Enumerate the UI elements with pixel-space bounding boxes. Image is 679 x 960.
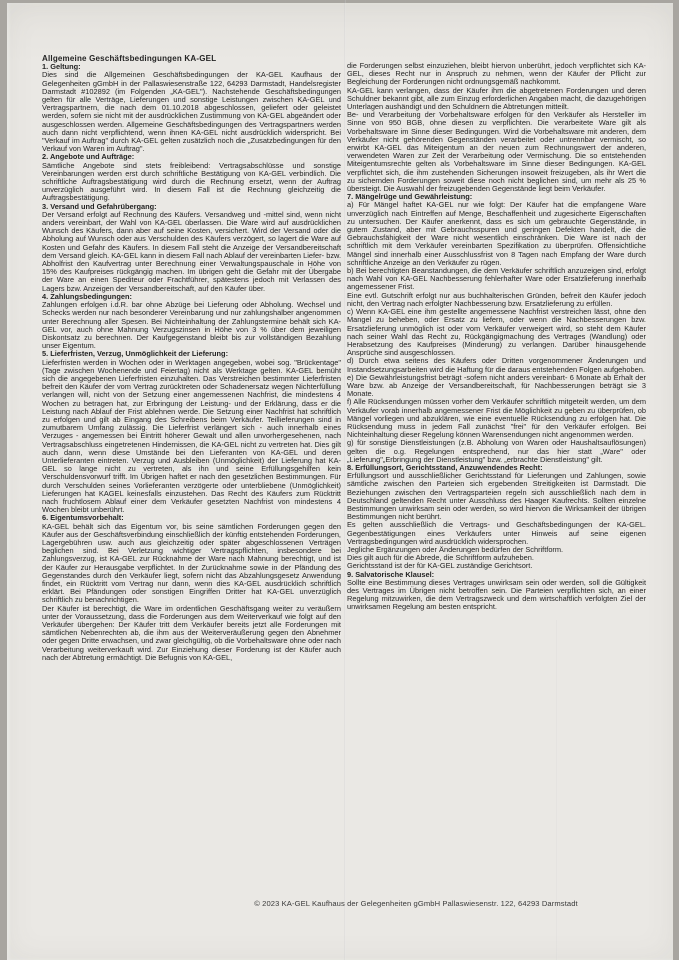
paragraph: die Forderungen selbst einzuziehen, blei… (347, 62, 646, 87)
paragraph: Dies sind die Allgemeinen Geschäftsbedin… (42, 71, 341, 153)
scanned-page-photo: Allgemeine Geschäftsbedingungen KA-GEL1.… (0, 0, 679, 960)
paragraph: KA-GEL behält sich das Eigentum vor, bis… (42, 523, 341, 605)
right-fold-crease (556, 620, 558, 960)
terms-left-column: Allgemeine Geschäftsbedingungen KA-GEL1.… (42, 55, 341, 662)
copyright-footer: © 2023 KA-GEL Kaufhaus der Gelegenheiten… (185, 899, 647, 908)
paragraph: Lieferfristen werden in Wochen oder in W… (42, 359, 341, 515)
paragraph: c) Wenn KA-GEL eine ihm gestellte angeme… (347, 308, 646, 357)
paragraph: KA-GEL kann verlangen, dass der Käufer i… (347, 87, 646, 112)
paragraph: a) Für Mängel haftet KA-GEL nur wie folg… (347, 201, 646, 267)
paragraph: Zahlungen erfolgen i.d.R. bar ohne Abzüg… (42, 301, 341, 350)
paragraph: d) Durch etwa seitens des Käufers oder D… (347, 357, 646, 373)
paragraph: Sollte eine Bestimmung dieses Vertrages … (347, 579, 646, 612)
terms-right-column: die Forderungen selbst einzuziehen, blei… (347, 62, 646, 612)
center-fold-crease (344, 0, 346, 960)
paragraph: Der Käufer ist berechtigt, die Ware im o… (42, 605, 341, 662)
paragraph: f) Alle Rücksendungen müssen vorher dem … (347, 398, 646, 439)
paragraph: g) für sonstige Dienstleistungen (z.B. A… (347, 439, 646, 464)
paragraph: Der Versand erfolgt auf Rechnung des Käu… (42, 211, 341, 293)
paragraph: b) Bei berechtigten Beanstandungen, die … (347, 267, 646, 292)
paragraph: Sämtliche Angebote sind stets freibleibe… (42, 162, 341, 203)
paragraph: Be- und Verarbeitung der Vorbehaltsware … (347, 111, 646, 193)
paragraph: Es gelten ausschließlich die Vertrags- u… (347, 521, 646, 546)
paragraph: e) Die Gewährleistungsfrist beträgt -sof… (347, 374, 646, 399)
document-title: Allgemeine Geschäftsbedingungen KA-GEL (42, 55, 341, 63)
paragraph: Eine evtl. Gutschrift erfolgt nur aus bu… (347, 292, 646, 308)
paragraph: Erfüllungsort und ausschließlicher Geric… (347, 472, 646, 521)
